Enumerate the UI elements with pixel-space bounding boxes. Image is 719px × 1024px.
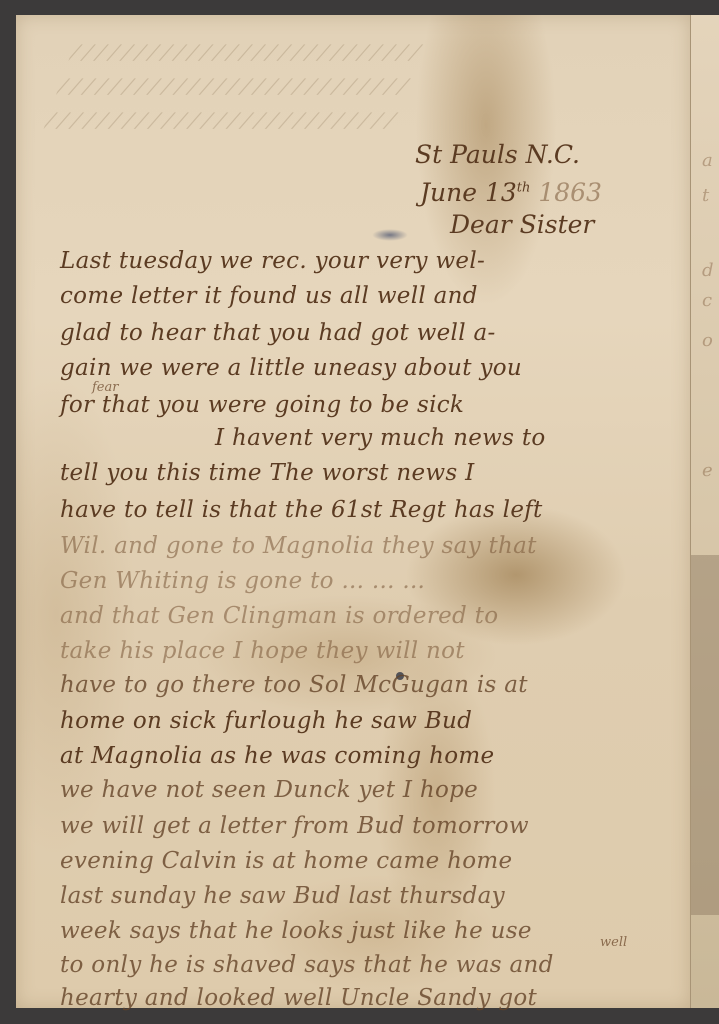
letter-text: St Pauls N.C. June 13th 1863 Dear Sister… [0, 0, 719, 1024]
body-line: and that Gen Clingman is ordered to [60, 603, 498, 629]
body-line: come letter it found us all well and [60, 283, 478, 309]
facing-page-fragment: t [702, 185, 709, 206]
date-suffix: th [517, 181, 531, 196]
body-line: tell you this time The worst news I [60, 460, 474, 486]
body-line: week says that he looks just like he use [60, 918, 532, 944]
body-line: have to tell is that the 61st Regt has l… [60, 497, 543, 523]
body-line: have to go there too Sol McGugan is at [60, 672, 528, 698]
facing-page-fragment: e [702, 460, 713, 481]
body-line: Gen Whiting is gone to ... ... ... [60, 568, 425, 594]
letter-place: St Pauls N.C. [415, 140, 580, 169]
body-line: Last tuesday we rec. your very wel- [60, 248, 485, 274]
body-line: last sunday he saw Bud last thursday [60, 883, 505, 909]
body-line: at Magnolia as he was coming home [60, 743, 494, 769]
body-line: hearty and looked well Uncle Sandy got [60, 985, 537, 1011]
body-line: Wil. and gone to Magnolia they say that [60, 533, 537, 559]
body-line: evening Calvin is at home came home [60, 848, 512, 874]
body-line: for that you were going to be sick [60, 392, 464, 418]
body-line: I havent very much news to [215, 425, 546, 451]
place-text: St Pauls N.C. [415, 140, 580, 169]
body-line: to only he is shaved says that he was an… [60, 952, 554, 978]
facing-page-fragment: d [702, 260, 714, 281]
body-line: we will get a letter from Bud tomorrow [60, 813, 529, 839]
body-line: take his place I hope they will not [60, 638, 465, 664]
body-line: home on sick furlough he saw Bud [60, 708, 472, 734]
date-year: 1863 [538, 178, 602, 207]
salutation-text: Dear Sister [450, 210, 594, 239]
facing-page-fragment: c [702, 290, 712, 311]
letter-date: June 13th 1863 [420, 178, 602, 207]
body-line: we have not seen Dunck yet I hope [60, 777, 478, 803]
body-line: gain we were a little uneasy about you [60, 355, 522, 381]
body-line: glad to hear that you had got well a- [60, 320, 496, 346]
caret-insertion: well [600, 935, 627, 950]
facing-page-fragment: a [702, 150, 713, 171]
date-day: June 13 [420, 178, 517, 207]
letter-salutation: Dear Sister [450, 210, 594, 239]
facing-page-fragment: o [702, 330, 713, 351]
